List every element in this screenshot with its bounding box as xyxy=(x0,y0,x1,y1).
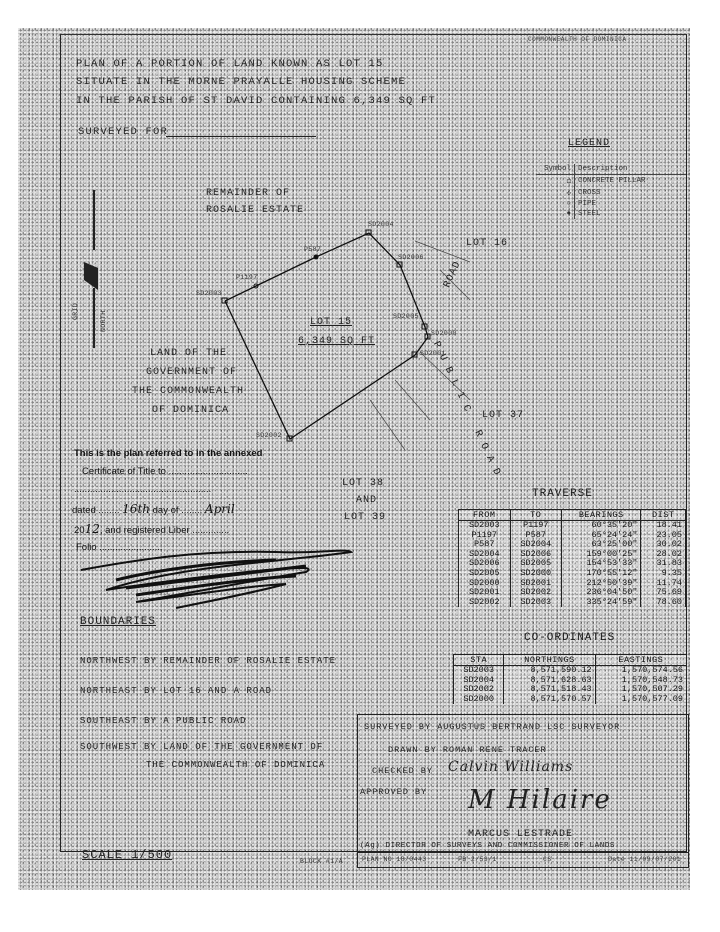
table-cell: 8,571,570.57 xyxy=(504,695,595,705)
certificate-line-1: This is the plan referred to in the anne… xyxy=(74,448,262,459)
station-sd2006: SD2006 xyxy=(398,254,424,261)
registrar-signature-scribble xyxy=(76,540,356,620)
dated-mid: day of ........ xyxy=(153,505,203,516)
certificate-line-2: Certificate of Title to ................… xyxy=(82,466,248,477)
station-sd2004: SD2004 xyxy=(368,221,394,228)
traverse-title: TRAVERSE xyxy=(532,488,593,500)
coordinates-title: CO-ORDINATES xyxy=(524,632,615,644)
traverse-table: FROMTOBEARINGSDIST SD2003P119760°35'20"1… xyxy=(458,509,686,607)
boundary-southwest-2: THE COMMONWEALTH OF DOMINICA xyxy=(146,760,325,770)
column-header: FROM xyxy=(459,510,511,521)
column-header: NORTHINGS xyxy=(504,655,595,666)
surveyor-approval-block: SURVEYED BY AUGUSTUS BERTRAND LSC SURVEY… xyxy=(357,714,689,868)
liber-label: , and registered Liber .............. xyxy=(100,525,229,536)
boundary-southeast: SOUTHEAST BY A PUBLIC ROAD xyxy=(80,716,246,726)
year-value: 12 xyxy=(85,522,100,536)
approved-signature: M Hilaire xyxy=(468,785,612,815)
plan-date: Date 11/09/07/201 xyxy=(608,856,681,863)
table-cell: SD2003 xyxy=(510,598,562,608)
scale-label: SCALE 1/500 xyxy=(82,848,172,862)
station-p587: P587 xyxy=(304,246,321,253)
director-name: MARCUS LESTRADE xyxy=(468,829,573,840)
column-header: EASTINGS xyxy=(595,655,686,666)
approved-by-label: APPROVED BY xyxy=(360,787,427,797)
year-prefix: 20 xyxy=(74,525,85,536)
table-row: SD20008,571,570.571,570,577.09 xyxy=(454,695,687,705)
block-reference: BLOCK #1/A xyxy=(300,858,343,865)
station-sd2005: SD2005 xyxy=(393,313,419,320)
lot-area: 6,349 SQ FT xyxy=(298,336,375,347)
lot-label: LOT 15 xyxy=(310,317,352,328)
checked-by-signature: Calvin Williams xyxy=(448,759,573,775)
boundary-northeast: NORTHEAST BY LOT 16 AND A ROAD xyxy=(80,686,272,696)
boundary-southwest-1: SOUTHWEST BY LAND OF THE GOVERNMENT OF xyxy=(80,742,323,752)
plan-number: PLAN NO 18/0443 xyxy=(362,856,427,863)
table-cell: 1,570,577.09 xyxy=(595,695,686,705)
station-sd2001: SD2001 xyxy=(420,350,446,357)
station-p1197: P1197 xyxy=(236,274,258,281)
coordinates-table: STANORTHINGSEASTINGS SD20038,571,590.121… xyxy=(453,654,687,704)
boundaries-title: BOUNDARIES xyxy=(80,616,156,628)
table-cell: SD2000 xyxy=(454,695,504,705)
table-cell: SD2002 xyxy=(459,598,511,608)
station-sd2000: SD2000 xyxy=(431,330,457,337)
dated-prefix: dated ........ xyxy=(72,505,120,516)
surveyor-block-footer: PLAN NO 18/0443 FB 2/53/1 CS Date 11/09/… xyxy=(358,852,688,867)
certificate-year-line: 2012, and registered Liber .............… xyxy=(74,522,229,536)
surveyed-by: SURVEYED BY AUGUSTUS BERTRAND LSC SURVEY… xyxy=(364,722,620,732)
column-header: STA xyxy=(454,655,504,666)
certificate-line-3: ........................................… xyxy=(74,484,211,495)
table-cell: 335°24'59" xyxy=(562,598,641,608)
table-row: SD2002SD2003335°24'59"78.60 xyxy=(459,598,686,608)
field-book: FB 2/53/1 xyxy=(458,856,497,863)
dated-day: 16th xyxy=(122,502,150,516)
drawn-by: DRAWN BY ROMAN RENE TRACER xyxy=(388,745,547,755)
dated-month: April xyxy=(205,502,235,516)
certificate-dated: dated ........ 16th day of ........ Apri… xyxy=(72,502,235,516)
director-title: (Ag) DIRECTOR OF SURVEYS AND COMMISSIONE… xyxy=(360,842,615,850)
checked-by-label: CHECKED BY xyxy=(372,766,433,776)
cs-reference: CS xyxy=(543,856,552,863)
boundary-northwest: NORTHWEST BY REMAINDER OF ROSALIE ESTATE xyxy=(80,656,336,666)
station-sd2002: SD2002 xyxy=(256,432,282,439)
table-cell: 78.60 xyxy=(641,598,686,608)
column-header: DIST xyxy=(641,510,686,521)
column-header: BEARINGS xyxy=(562,510,641,521)
column-header: TO xyxy=(510,510,562,521)
station-sd2003: SD2003 xyxy=(196,290,222,297)
